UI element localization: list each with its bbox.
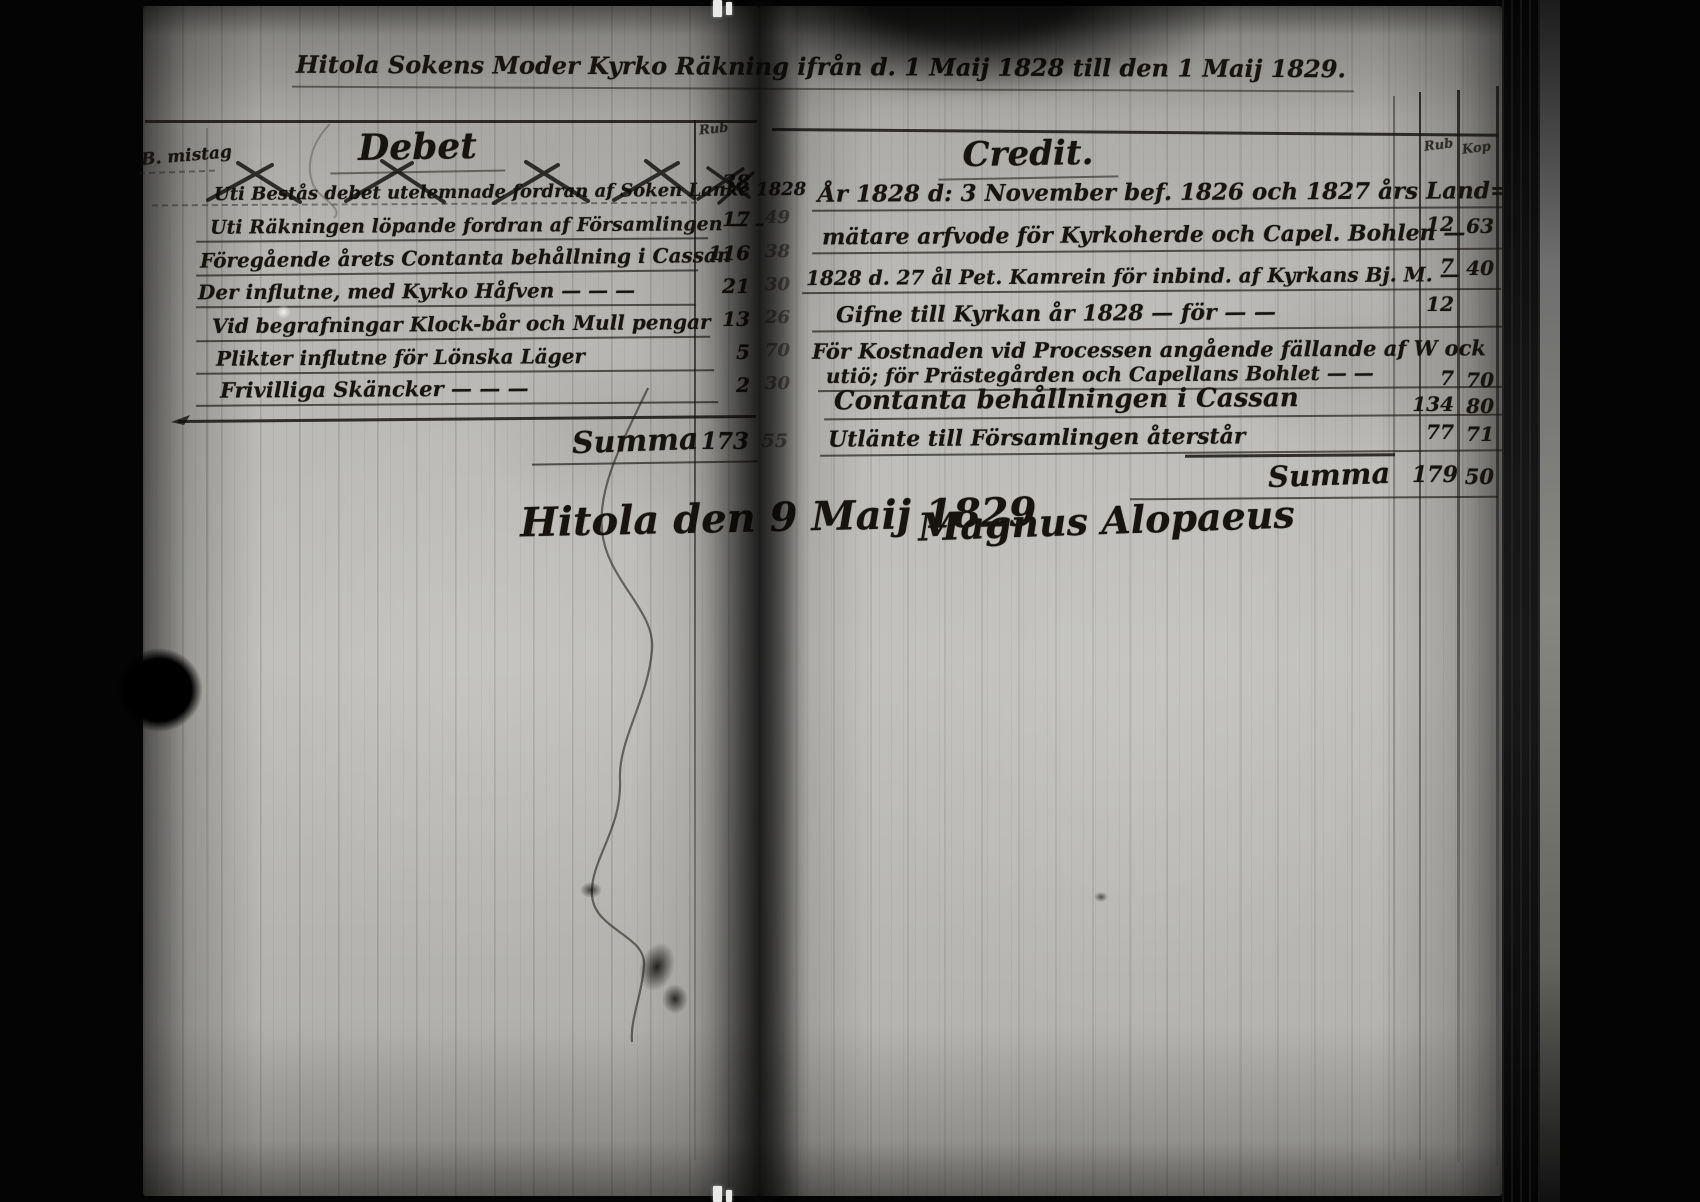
book-fore-edge: [1502, 0, 1542, 1202]
ruled-line: [145, 120, 757, 123]
debet-row: Frivilliga Skäncker — — —: [196, 367, 718, 407]
film-dust-spot: [276, 305, 291, 319]
debet-row: Uti Bestås debet utelemnade fordran af S…: [196, 161, 712, 208]
credit-amount-kop: 71: [1460, 422, 1494, 446]
credit-amount-kop: 63: [1460, 214, 1494, 238]
film-registration-mark: [726, 2, 732, 15]
book-cover-edge: [1540, 0, 1560, 1202]
debet-amount-rub: 17: [698, 207, 750, 231]
credit-amount-kop: 40: [1460, 256, 1494, 280]
debet-amount-rub: 2: [698, 373, 750, 397]
debet-amount-kop: 30: [758, 373, 790, 394]
page-title: Hitola Sokens Moder Kyrko Räkning ifrån …: [292, 50, 1354, 93]
credit-summa-rub: 179: [1412, 462, 1454, 488]
film-registration-mark: [726, 1190, 732, 1202]
credit-row-line: Utlänte till Församlingen återstår: [820, 411, 1505, 456]
film-registration-mark: [713, 0, 722, 17]
credit-amount-rub: 7: [1418, 254, 1454, 278]
debet-amount-kop: 30: [758, 274, 790, 295]
debet-amount-kop: 49: [758, 207, 790, 228]
credit-summa-kop: 50: [1460, 464, 1494, 489]
debet-amount-rub: 21: [698, 274, 750, 298]
debet-amount-rub: 13: [698, 307, 750, 331]
credit-amount-rub: 12: [1418, 212, 1454, 236]
credit-amount-rub: 12: [1418, 292, 1454, 316]
debet-amount-rub: 38: [698, 170, 750, 194]
debet-summa-rub: 173: [693, 428, 749, 455]
debet-amount-rub: 116: [698, 241, 750, 265]
debet-summa-label: Summa: [571, 422, 699, 461]
film-registration-mark: [713, 1186, 722, 1202]
debet-amount-rub: 5: [698, 340, 750, 364]
credit-amount-rub: 77: [1418, 420, 1454, 444]
debet-summa-kop: 55: [756, 430, 788, 452]
film-frame: Hitola Sokens Moder Kyrko Räkning ifrån …: [0, 0, 1700, 1202]
credit-amount-kop: 70: [1460, 368, 1494, 392]
credit-amount-kop: 80: [1460, 394, 1494, 418]
debet-amount-kop: 70: [758, 340, 790, 361]
debet-rub-column-header: Rub: [698, 121, 729, 139]
credit-amount-rub: 134: [1408, 392, 1454, 416]
credit-amount-rub: 7: [1412, 366, 1454, 390]
debet-amount-kop: 38: [758, 241, 790, 262]
credit-summa-label: Summa: [1267, 456, 1390, 494]
debet-amount-kop: 26: [758, 307, 790, 328]
